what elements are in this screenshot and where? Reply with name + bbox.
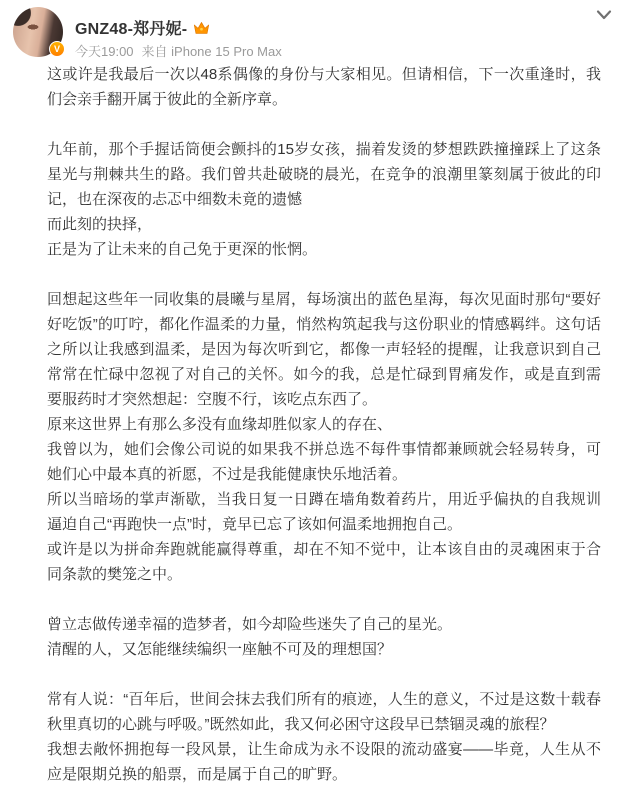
post-meta: 今天19:00来自 iPhone 15 Pro Max: [75, 41, 282, 60]
timestamp: 今天19:00: [75, 44, 134, 59]
user-line: GNZ48-郑丹妮-: [75, 16, 210, 39]
verified-letter: V: [54, 45, 60, 54]
post-text: 这或许是我最后一次以48系偶像的身份与大家相见。但请相信，下一次重逢时，我们会亲…: [47, 62, 601, 786]
post-source: 来自 iPhone 15 Pro Max: [142, 44, 282, 59]
verified-badge: V: [49, 41, 65, 57]
weibo-post-page: V GNZ48-郑丹妮- 今天19:00来自 iPhone 15 Pro Max…: [0, 0, 631, 786]
avatar[interactable]: V: [13, 7, 63, 57]
username[interactable]: GNZ48-郑丹妮-: [75, 16, 187, 39]
crown-icon[interactable]: [193, 20, 210, 35]
chevron-down-icon[interactable]: [596, 9, 612, 21]
